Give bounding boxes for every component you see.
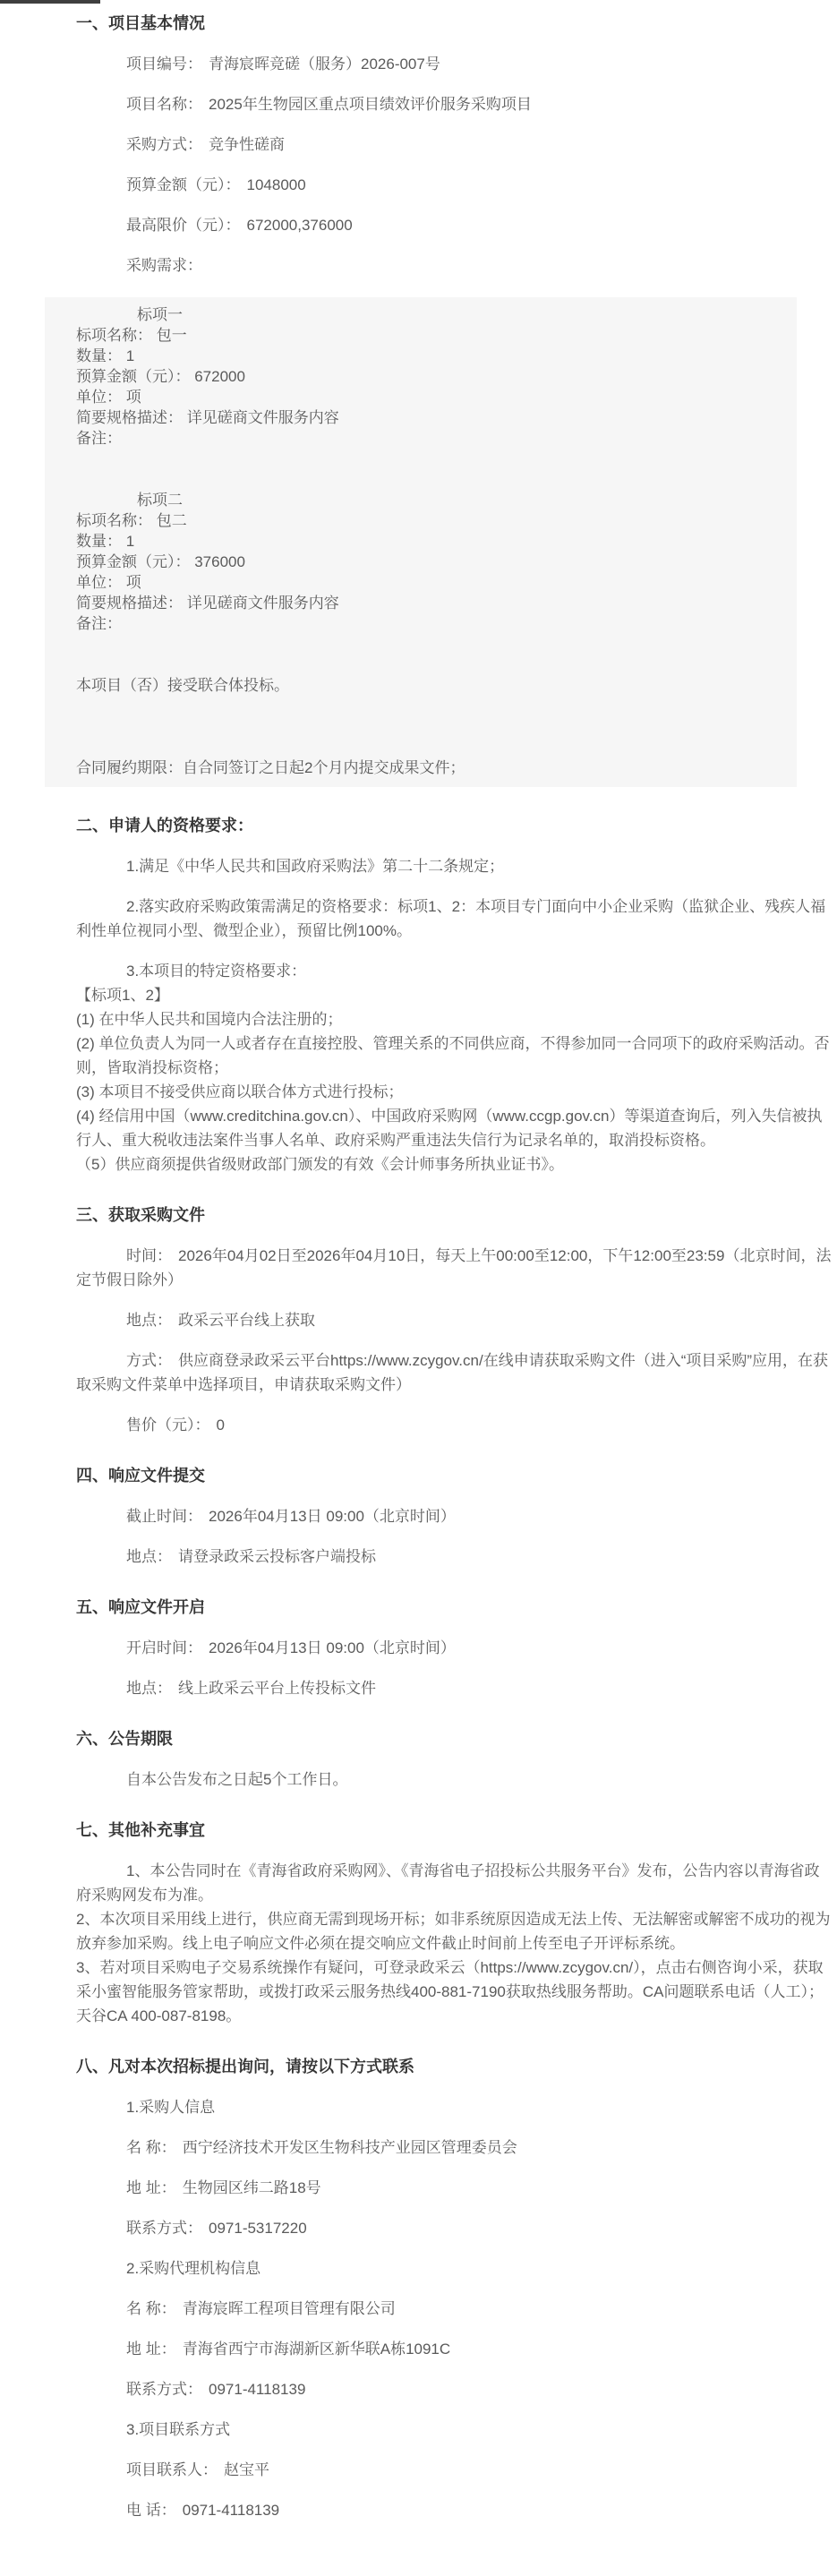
field-value: 1048000 [247,176,306,193]
field-submission-place: 地点：请登录政采云投标客户端投标 [76,1545,833,1569]
field-value: 青海宸晖竞磋（服务）2026-007号 [209,56,440,73]
field-label: 采购方式： [126,136,202,153]
field-procurement-demand: 采购需求： [76,253,833,278]
field-value: 青海省西宁市海湖新区新华联A栋1091C [183,2341,450,2358]
field-procurement-method: 采购方式：竞争性磋商 [76,133,833,157]
section-heading-supplementary-matters: 七、其他补充事宜 [76,1819,833,1843]
purchaser-info-title: 1.采购人信息 [76,2095,833,2119]
field-label: 名 称： [126,2300,176,2317]
field-max-price: 最高限价（元）：672000,376000 [76,213,833,237]
field-label: 地 址： [126,2179,176,2196]
field-opening-place: 地点：线上政采云平台上传投标文件 [76,1676,833,1700]
section-heading-announcement-period: 六、公告期限 [76,1727,833,1751]
field-label: 开启时间： [126,1639,202,1656]
project-contact-person: 项目联系人：赵宝平 [76,2458,833,2482]
section-announcement-period: 六、公告期限 自本公告发布之日起5个工作日。 [76,1727,833,1792]
field-label: 联系方式： [126,2220,202,2237]
qualification-item-1: 1.满足《中华人民共和国政府采购法》第二十二条规定； [76,854,833,878]
field-obtain-place: 地点：政采云平台线上获取 [76,1308,833,1332]
qualification-special-requirements: 3.本项目的特定资格要求： 【标项1、2】 (1) 在中华人民共和国境内合法注册… [76,959,833,1177]
field-submission-deadline: 截止时间：2026年04月13日 09:00（北京时间） [76,1504,833,1528]
field-label: 采购需求： [126,257,202,274]
field-label: 电 话： [126,2502,176,2519]
section-heading-response-opening: 五、响应文件开启 [76,1596,833,1620]
field-value: 生物园区纬二路18号 [183,2179,321,2196]
purchaser-name: 名 称：西宁经济技术开发区生物科技产业园区管理委员会 [76,2135,833,2160]
field-value: 竞争性磋商 [209,136,285,153]
section-supplementary-matters: 七、其他补充事宜 1、本公告同时在《青海省政府采购网》、《青海省电子招投标公共服… [76,1819,833,2028]
purchaser-address: 地 址：生物园区纬二路18号 [76,2176,833,2200]
field-project-name: 项目名称：2025年生物园区重点项目绩效评价服务采购项目 [76,92,833,116]
field-obtain-time: 时间：2026年04月02日至2026年04月10日，每天上午00:00至12:… [76,1244,833,1292]
field-label: 项目联系人： [126,2461,218,2478]
field-opening-time: 开启时间：2026年04月13日 09:00（北京时间） [76,1636,833,1660]
field-value: 西宁经济技术开发区生物科技产业园区管理委员会 [183,2139,517,2156]
field-label: 3.项目联系方式 [126,2421,230,2438]
field-label: 联系方式： [126,2381,202,2398]
section-basic-info: 一、项目基本情况 项目编号：青海宸晖竞磋（服务）2026-007号 项目名称：2… [76,12,833,787]
section-contact-info: 八、凡对本次招标提出询问，请按以下方式联系 1.采购人信息 名 称：西宁经济技术… [76,2055,833,2522]
field-label: 地点： [126,1312,172,1329]
section-heading-qualification: 二、申请人的资格要求： [76,814,833,838]
field-label: 1.采购人信息 [126,2099,215,2116]
announcement-period-text: 自本公告发布之日起5个工作日。 [76,1767,833,1792]
agency-phone: 联系方式：0971-4118139 [76,2377,833,2401]
field-value: 0 [217,1416,225,1433]
section-heading-basic-info: 一、项目基本情况 [76,12,833,36]
field-value: 672000,376000 [247,217,353,234]
field-label: 售价（元）： [126,1416,210,1433]
section-heading-response-submission: 四、响应文件提交 [76,1464,833,1488]
field-project-number: 项目编号：青海宸晖竞磋（服务）2026-007号 [76,52,833,76]
field-obtain-method: 方式：供应商登录政采云平台https://www.zcygov.cn/在线申请获… [76,1348,833,1397]
field-label: 最高限价（元）： [126,217,241,234]
field-label: 地点： [126,1680,172,1697]
field-value: 0971-4118139 [183,2502,279,2519]
field-label: 名 称： [126,2139,176,2156]
project-contact-title: 3.项目联系方式 [76,2418,833,2442]
lot-details-text: 标项一 标项名称： 包一 数量： 1 预算金额（元）： 672000 单位： 项… [76,304,797,778]
field-value: 2026年04月13日 09:00（北京时间） [209,1639,456,1656]
field-value: 2025年生物园区重点项目绩效评价服务采购项目 [209,96,532,113]
field-label: 地点： [126,1548,172,1565]
top-edge-fragment [0,0,100,4]
section-qualification: 二、申请人的资格要求： 1.满足《中华人民共和国政府采购法》第二十二条规定； 2… [76,814,833,1177]
field-label: 项目名称： [126,96,202,113]
qualification-item-2: 2.落实政府采购政策需满足的资格要求：标项1、2：本项目专门面向中小企业采购（监… [76,894,833,943]
section-heading-obtain-documents: 三、获取采购文件 [76,1203,833,1228]
agency-info-title: 2.采购代理机构信息 [76,2256,833,2281]
field-value: 0971-5317220 [209,2220,307,2237]
procurement-demand-box: 标项一 标项名称： 包一 数量： 1 预算金额（元）： 672000 单位： 项… [45,297,797,787]
field-document-price: 售价（元）：0 [76,1413,833,1437]
field-value: 赵宝平 [224,2461,269,2478]
agency-address: 地 址：青海省西宁市海湖新区新华联A栋1091C [76,2337,833,2361]
field-value: 供应商登录政采云平台https://www.zcygov.cn/在线申请获取采购… [76,1352,828,1393]
field-value: 0971-4118139 [209,2381,305,2398]
field-label: 项目编号： [126,56,202,73]
field-label: 方式： [126,1352,172,1369]
field-label: 地 址： [126,2341,176,2358]
field-value: 青海宸晖工程项目管理有限公司 [183,2300,396,2317]
section-response-submission: 四、响应文件提交 截止时间：2026年04月13日 09:00（北京时间） 地点… [76,1464,833,1569]
agency-name: 名 称：青海宸晖工程项目管理有限公司 [76,2297,833,2321]
field-label: 2.采购代理机构信息 [126,2260,260,2277]
field-value: 请登录政采云投标客户端投标 [178,1548,376,1565]
field-value: 政采云平台线上获取 [178,1312,315,1329]
purchaser-phone: 联系方式：0971-5317220 [76,2216,833,2240]
field-label: 截止时间： [126,1508,202,1525]
project-contact-phone: 电 话：0971-4118139 [76,2498,833,2522]
field-label: 时间： [126,1247,172,1264]
section-obtain-documents: 三、获取采购文件 时间：2026年04月02日至2026年04月10日，每天上午… [76,1203,833,1437]
section-response-opening: 五、响应文件开启 开启时间：2026年04月13日 09:00（北京时间） 地点… [76,1596,833,1700]
field-value: 2026年04月13日 09:00（北京时间） [209,1508,456,1525]
field-value: 2026年04月02日至2026年04月10日，每天上午00:00至12:00，… [76,1247,831,1288]
section-heading-contact-info: 八、凡对本次招标提出询问，请按以下方式联系 [76,2055,833,2079]
field-label: 预算金额（元）： [126,176,241,193]
notice-document: 一、项目基本情况 项目编号：青海宸晖竞磋（服务）2026-007号 项目名称：2… [0,0,837,2576]
supplementary-notes: 1、本公告同时在《青海省政府采购网》、《青海省电子招投标公共服务平台》发布，公告… [76,1859,833,2028]
field-budget-amount: 预算金额（元）：1048000 [76,173,833,197]
field-value: 线上政采云平台上传投标文件 [178,1680,376,1697]
